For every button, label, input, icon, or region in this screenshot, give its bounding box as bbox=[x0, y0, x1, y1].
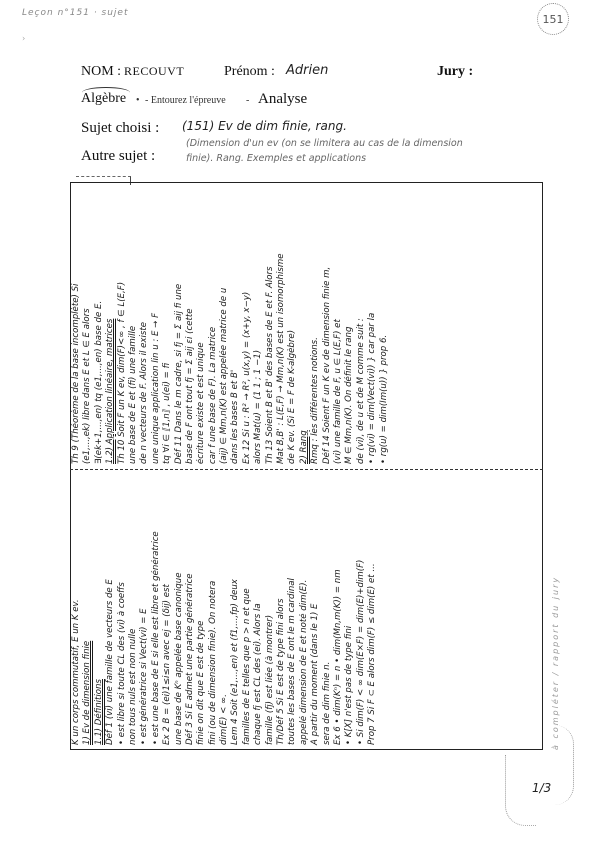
note-line: Déf 11 Dans le m cadre, si fj = Σ aij fi… bbox=[174, 185, 185, 468]
note-line: ∃(ek+1,...,en) tq (e1,...,en) base de E. bbox=[94, 185, 105, 468]
note-line: • rg(u) = dim(Im(u)) } prop 6. bbox=[379, 185, 390, 468]
note-line: • Si dim(F) < ∞ dim(E×F) = dim(E)+dim(F) bbox=[356, 472, 367, 749]
note-line: Prop 7 Si F ⊂ E alors dim(F) ≤ dim(E) et… bbox=[367, 472, 378, 749]
note-line: K un corps commutatif, E un K ev. bbox=[71, 472, 82, 749]
note-line: Ex 2 B = (ei)1≤i≤n avec ej = (δij) est bbox=[162, 472, 173, 749]
sujet-choisi-label: Sujet choisi : bbox=[81, 120, 159, 137]
note-line: (aij) ∈ Mm,n(K) est appelée matrice de u bbox=[219, 185, 230, 468]
prenom-label: Prénom : bbox=[224, 64, 275, 80]
note-line: 1.1) Définitions bbox=[94, 472, 105, 749]
note-line: tq ∀i ∈ ⟦1,n⟧ , u(ei) = fi bbox=[162, 185, 173, 468]
autre-sujet-line-1: (Dimension d'un ev (on se limitera au ca… bbox=[186, 138, 463, 149]
note-line: Th 10 Soit F un K ev, dim(F)<∞ , f ∈ L(E… bbox=[117, 185, 128, 468]
epreuve-sep-1: • bbox=[136, 95, 140, 106]
note-line: Th 9 (Théorème de la base incomplète) Si bbox=[71, 185, 82, 468]
note-line: sera de dim finie n. bbox=[322, 472, 333, 749]
scan-header-note: Leçon n°151 · sujet bbox=[22, 8, 129, 18]
note-line: • est génératrice si Vect(vi) = E bbox=[139, 472, 150, 749]
note-line: 2) Rang bbox=[299, 185, 310, 468]
note-line: dans les bases B et B' bbox=[230, 185, 241, 468]
note-line: Th 13 Soient B et B' des bases de E et F… bbox=[265, 185, 276, 468]
note-line: une unique application lin u : E → F bbox=[151, 185, 162, 468]
margin-note-text: à compléter / rapport du jury bbox=[551, 520, 560, 750]
note-line: Lem 4 Soit (e1,...,en) et (f1,...,fp) de… bbox=[230, 472, 241, 749]
note-line: Th/Déf 5 Si E est de type fini alors bbox=[276, 472, 287, 749]
note-line: toutes les bases de E ont le m cardinal bbox=[287, 472, 298, 749]
note-line: appelé dimension de E et noté dim(E). bbox=[299, 472, 310, 749]
sujet-choisi-value: (151) Ev de dim finie, rang. bbox=[182, 119, 347, 133]
rotated-notes-bottom: K un corps commutatif, E un K ev.1) Ev d… bbox=[71, 472, 379, 749]
right-margin-annotation: à compléter / rapport du jury bbox=[551, 520, 569, 750]
notes-panel-bottom: K un corps commutatif, E un K ev.1) Ev d… bbox=[71, 470, 542, 749]
note-line: Mat B,B' : L(E,F) → Mm,n(K) est un isomo… bbox=[276, 185, 287, 468]
note-line: À partir du moment (dans le 1) E bbox=[310, 472, 321, 749]
notes-panel-top: Th 9 (Théorème de la base incomplète) Si… bbox=[71, 183, 542, 468]
note-line: Ex 6 • dim(Kⁿ) = n • dim(Mn,m(K)) = nm bbox=[333, 472, 344, 749]
note-line: écriture existe et est unique bbox=[196, 185, 207, 468]
scan-header-mark: › bbox=[22, 34, 25, 43]
autre-sujet-line-2: finie). Rang. Exemples et applications bbox=[186, 153, 366, 164]
note-line: une base de Kⁿ appelée base canonique bbox=[174, 472, 185, 749]
note-line: dim(E) < ∞. bbox=[219, 472, 230, 749]
note-line: • est libre si toute CL des (vi) à coeff… bbox=[117, 472, 128, 749]
note-line: famille (fj) est liée (à montrer) bbox=[265, 472, 276, 749]
note-line: alors Mat(u) = (1 1 ; 1 −1) bbox=[253, 185, 264, 468]
note-line: Rmq : les différentes notions. bbox=[310, 185, 321, 468]
page-number: 1/3 bbox=[532, 781, 551, 795]
epreuve-option-analyse: Analyse bbox=[258, 91, 307, 108]
note-line: Déf 1 (vi) une famille de vecteurs de E bbox=[105, 472, 116, 749]
note-line: finie on dit que E est de type bbox=[196, 472, 207, 749]
note-line: 1) Ev de dimension finie bbox=[82, 472, 93, 749]
note-line: (vi) une famille de F, u ∈ L(E,F) et bbox=[333, 185, 344, 468]
lesson-number-stamp: 151 bbox=[537, 3, 569, 35]
note-line: de n vecteurs de F. Alors il existe bbox=[139, 185, 150, 468]
note-line: M ∈ Mm,n(K). On définit le rang bbox=[344, 185, 355, 468]
note-line: base de F ont tout fj = Σ aij εi (cette bbox=[185, 185, 196, 468]
pencil-scribble-2 bbox=[555, 725, 574, 805]
nom-label: NOM : bbox=[81, 64, 121, 80]
epreuve-option-algebre: Algèbre bbox=[81, 91, 126, 107]
note-line: Déf 14 Soient F un K ev de dimension fin… bbox=[322, 185, 333, 468]
note-line: de K ev. (Si E = F de K-algèbre) bbox=[287, 185, 298, 468]
note-line: Déf 3 Si E admet une partie génératrice bbox=[185, 472, 196, 749]
rotated-notes-top: Th 9 (Théorème de la base incomplète) Si… bbox=[71, 185, 390, 468]
nom-value: RECOUVT bbox=[124, 64, 184, 79]
autre-sujet-label: Autre sujet : bbox=[81, 148, 155, 165]
note-line: de (vi), de u et de M comme suit : bbox=[356, 185, 367, 468]
note-line: fini (ou de dimension finie). On notera bbox=[208, 472, 219, 749]
epreuve-instruction: - Entourez l'épreuve bbox=[145, 95, 226, 106]
prenom-value: Adrien bbox=[286, 63, 328, 78]
note-line: familles de E telles que p > n et que bbox=[242, 472, 253, 749]
note-line: • rg(vi) = dim(Vect(vi)) } car par la bbox=[367, 185, 378, 468]
note-line: chaque fj est CL des (ei). Alors la bbox=[253, 472, 264, 749]
note-line: Ex 12 Si u : R² → R², u(x,y) = (x+y, x−y… bbox=[242, 185, 253, 468]
note-line: car f une base de F). La matrice bbox=[208, 185, 219, 468]
jury-label: Jury : bbox=[437, 64, 473, 80]
note-line: 1.2) Application linéaire, matrices bbox=[105, 185, 116, 468]
note-line: • est une base de E si elle est libre et… bbox=[151, 472, 162, 749]
note-line: une base de E et (fi) une famille bbox=[128, 185, 139, 468]
note-line: non tous nuls est non nulle bbox=[128, 472, 139, 749]
stamp-number: 151 bbox=[543, 13, 564, 26]
note-line: • K[X] n'est pas de type fini bbox=[344, 472, 355, 749]
note-line: (e1,...,ek) libre dans E et L ∈ E alors bbox=[82, 185, 93, 468]
epreuve-sep-2: - bbox=[246, 95, 249, 106]
